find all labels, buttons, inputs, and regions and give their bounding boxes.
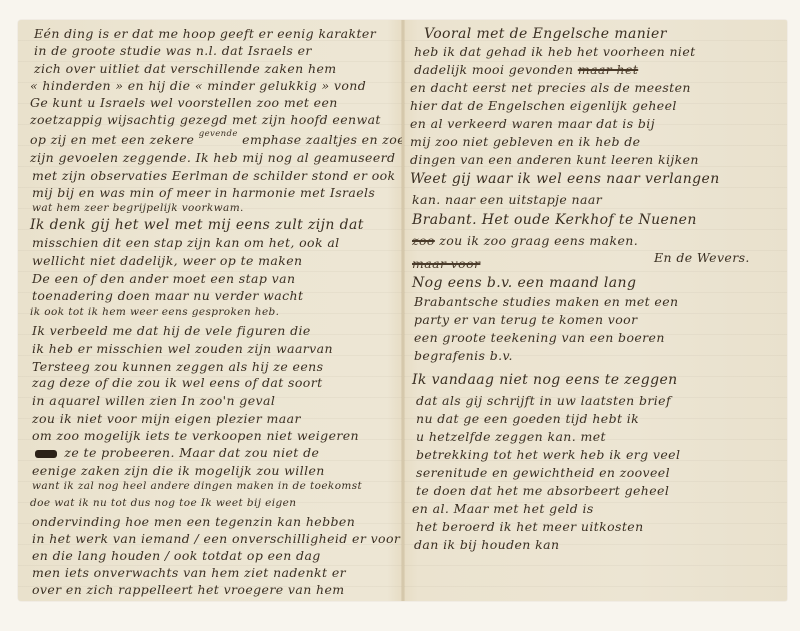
line-text: zou ik zoo graag eens maken. [439, 233, 638, 248]
text-line: toenadering doen maar nu verder wacht [32, 288, 303, 303]
text-line: misschien dit een stap zijn kan om het, … [32, 235, 340, 250]
text-line: Brabantsche studies maken en met een [414, 294, 678, 309]
line-text: op zij en met een zekere [30, 132, 194, 147]
text-line: ze te probeeren. Maar dat zou niet de [32, 445, 319, 460]
text-line: wellicht niet dadelijk, weer op te maken [32, 253, 303, 268]
text-line: Eén ding is er dat me hoop geeft er eeni… [34, 26, 376, 41]
text-line: zag deze of die zou ik wel eens of dat s… [32, 375, 323, 390]
text-line: maar voor [412, 256, 480, 271]
interlinear-insertion: gevende [199, 129, 238, 139]
text-line: en die lang houden / ook totdat op een d… [32, 548, 321, 563]
text-line: Tersteeg zou kunnen zeggen als hij ze ee… [32, 359, 323, 374]
text-line: over en zich rappelleert het vroegere va… [32, 582, 345, 597]
text-line: Vooral met de Engelsche manier [424, 26, 667, 42]
text-line: om zoo mogelijk iets te verkoopen niet w… [32, 428, 359, 443]
text-line: dat als gij schrijft in uw laatsten brie… [416, 393, 671, 408]
text-line: dadelijk mooi gevonden maar het [414, 62, 638, 77]
text-line: kan. naar een uitstapje naar [412, 192, 602, 207]
text-line: hier dat de Engelschen eigenlijk geheel [410, 98, 677, 113]
text-line: ondervinding hoe men een tegenzin kan he… [32, 514, 355, 529]
text-line: Brabant. Het oude Kerkhof te Nuenen [412, 212, 697, 228]
left-page: Eén ding is er dat me hoop geeft er eeni… [18, 20, 402, 601]
text-line: En de Wevers. [654, 250, 750, 265]
text-line: in de groote studie was n.l. dat Israels… [34, 43, 312, 58]
document-viewer: Eén ding is er dat me hoop geeft er eeni… [0, 0, 800, 631]
text-line: serenitude en gewichtheid en zooveel [416, 465, 670, 480]
right-page: Vooral met de Engelsche manier heb ik da… [404, 20, 787, 601]
text-line: mij bij en was min of meer in harmonie m… [32, 185, 375, 200]
line-text: ze te probeeren. Maar dat zou niet de [64, 445, 319, 460]
line-text: dadelijk mooi gevonden [414, 62, 573, 77]
text-line: met zijn observaties Eerlman de schilder… [32, 168, 396, 183]
text-line: begrafenis b.v. [414, 348, 513, 363]
text-line: Ik verbeeld me dat hij de vele figuren d… [32, 323, 311, 338]
text-line: heb ik dat gehad ik heb het voorheen nie… [414, 44, 696, 59]
ink-blot [35, 450, 57, 458]
text-line: nu dat ge een goeden tijd hebt ik [416, 411, 639, 426]
text-line: en al verkeerd waren maar dat is bij [410, 116, 655, 131]
text-line: u hetzelfde zeggen kan. met [416, 429, 606, 444]
line-text: emphase zaaltjes en zoetjes [242, 132, 402, 147]
text-line: ik heb er misschien wel zouden zijn waar… [32, 341, 333, 356]
text-line: en al. Maar met het geld is [412, 501, 594, 516]
text-line: party er van terug te komen voor [414, 312, 637, 327]
text-line: betrekking tot het werk heb ik erg veel [416, 447, 680, 462]
text-line: in het werk van iemand / een onverschill… [32, 531, 400, 546]
text-line: zijn gevoelen zeggende. Ik heb mij nog a… [30, 150, 395, 165]
text-line: dingen van een anderen kunt leeren kijke… [410, 152, 699, 167]
text-line: Ik vandaag niet nog eens te zeggen [412, 372, 678, 388]
text-line: zoetzappig wijsachtig gezegd met zijn ho… [30, 112, 381, 127]
text-line: dan ik bij houden kan [414, 537, 559, 552]
text-line: mij zoo niet gebleven en ik heb de [410, 134, 640, 149]
text-line: Ik denk gij het wel met mij eens zult zi… [30, 217, 364, 233]
text-line: Weet gij waar ik wel eens naar verlangen [410, 171, 720, 187]
text-line: want ik zal nog heel andere dingen maken… [32, 480, 362, 492]
text-line: en dacht eerst net precies als de meeste… [410, 80, 691, 95]
text-line: het beroerd ik het meer uitkosten [416, 519, 644, 534]
text-line: te doen dat het me absorbeert geheel [416, 483, 669, 498]
struck-text: maar het [578, 62, 638, 77]
text-line: men iets onverwachts van hem ziet nadenk… [32, 565, 346, 580]
text-line: een groote teekening van een boeren [414, 330, 665, 345]
struck-text: zoo [412, 233, 435, 248]
text-line: eenige zaken zijn die ik mogelijk zou wi… [32, 463, 325, 478]
text-line: wat hem zeer begrijpelijk voorkwam. [32, 202, 244, 214]
text-line: in aquarel willen zien In zoo'n geval [32, 393, 275, 408]
text-line: Nog eens b.v. een maand lang [412, 275, 636, 291]
text-line: op zij en met een zekere gevende emphase… [30, 132, 402, 147]
struck-text: maar voor [412, 256, 480, 271]
text-line: zoo zou ik zoo graag eens maken. [412, 233, 638, 248]
text-line: doe wat ik nu tot dus nog toe Ik weet bi… [30, 497, 296, 509]
text-line: zou ik niet voor mijn eigen plezier maar [32, 411, 301, 426]
text-line: Ge kunt u Israels wel voorstellen zoo me… [30, 95, 338, 110]
text-line: ik ook tot ik hem weer eens gesproken he… [30, 306, 279, 318]
text-line: De een of den ander moet een stap van [32, 271, 295, 286]
text-line: zich over uitliet dat verschillende zake… [34, 61, 337, 76]
letter-sheet: Eén ding is er dat me hoop geeft er eeni… [18, 20, 787, 601]
text-line: « hinderden » en hij die « minder gelukk… [30, 78, 366, 93]
